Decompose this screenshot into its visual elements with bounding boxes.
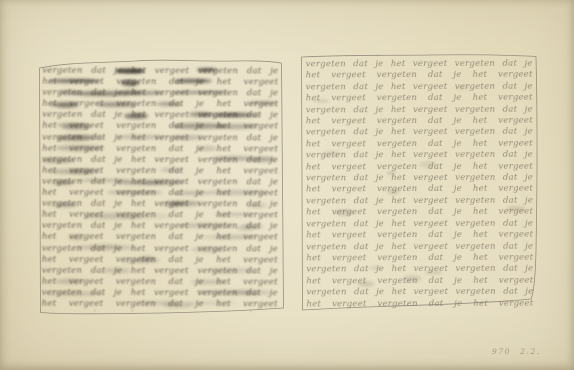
pencil-inscription: 970 2.2. <box>492 347 541 356</box>
artwork-photo: vergeten dat je het vergeet vergeten dat… <box>0 0 574 370</box>
left-handwritten-text: vergeten dat je het vergeet vergeten dat… <box>42 66 279 312</box>
right-handwritten-text: vergeten dat je het vergeet vergeten dat… <box>306 59 534 310</box>
